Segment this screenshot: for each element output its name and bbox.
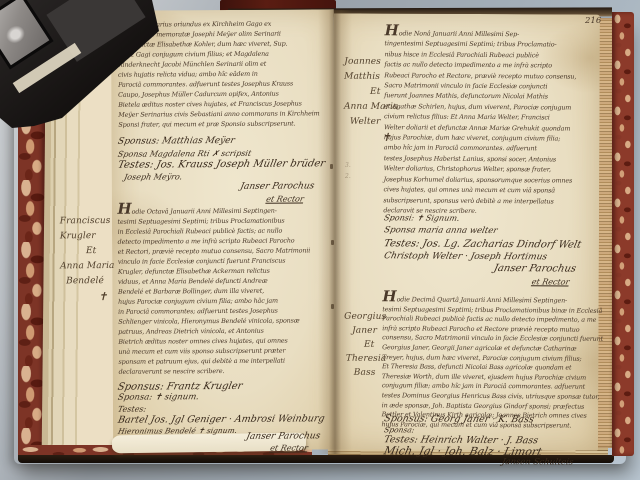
manuscript-line: declaraverunt se nescire scribere.	[119, 365, 331, 376]
manuscript-line: 3.	[345, 160, 351, 171]
left-entry2-text: Hodie Octavâ Januarii Anni Millesimi Sep…	[117, 202, 330, 376]
manuscript-line: cives hujates, qui omnes unà mecum et cu…	[383, 184, 598, 196]
register-photo-scene: Meÿer Serinarius oriundus ex Kirchheim G…	[0, 0, 640, 480]
clamp-photo-thumbnail	[0, 0, 54, 69]
manuscript-line: 2.	[345, 171, 351, 182]
binding-stitch	[331, 304, 334, 309]
binding-stitch	[330, 164, 333, 169]
manuscript-line: Jansen Schulteis	[501, 457, 600, 468]
right-entry1-text: Hodie Nonâ Januarii Anni Millesimi Sep-t…	[383, 25, 599, 217]
manuscript-line: et Rector	[269, 442, 331, 453]
left-entry2-signatures: Sponsus: Frantz KruglerSponsa: ✝ signum.…	[118, 380, 331, 454]
manuscript-line: Janser Parochus	[492, 262, 600, 276]
left-entry1-signatures: Sponsus: Matthias MeÿerSponsa Magdalena …	[118, 135, 330, 205]
manuscript-line: Sponsus: Matthias Meÿer	[117, 135, 331, 148]
manuscript-line: Testes: Jos. Krauss Joseph Müller brüder	[117, 158, 331, 171]
manuscript-line: et Rector	[530, 275, 600, 288]
binding-stitch	[331, 240, 334, 245]
manuscript-line: Hodie Decimâ Quartâ Januarii Anni Milles…	[382, 292, 600, 306]
manuscript-line: Sponsi frater, qui mecum et præ Sponsio …	[118, 118, 330, 129]
right-cover-marbled-edge	[612, 12, 634, 456]
manuscript-line: Sponsus: Georg Janer · K. Bass	[383, 414, 600, 426]
manuscript-line: Janser Parochus	[239, 181, 331, 193]
right-entry1-signatures: Sponsi: ✝ Signum.Sponsa maria anna welte…	[384, 211, 600, 288]
right-entry2-text: Hodie Decimâ Quartâ Januarii Anni Milles…	[382, 292, 601, 431]
left-cover-marbled-edge	[18, 118, 45, 462]
manuscript-line: Mich. Jgl · Joh. Balz · Limort	[383, 446, 600, 458]
gutter-ink-marks: 3.2.	[345, 160, 351, 182]
right-entry2-signatures: Sponsus: Georg Janer · K. BassSponsa:Tes…	[384, 414, 599, 468]
manuscript-line: Janser Parochus	[245, 431, 331, 443]
page-number: 216	[585, 16, 601, 26]
